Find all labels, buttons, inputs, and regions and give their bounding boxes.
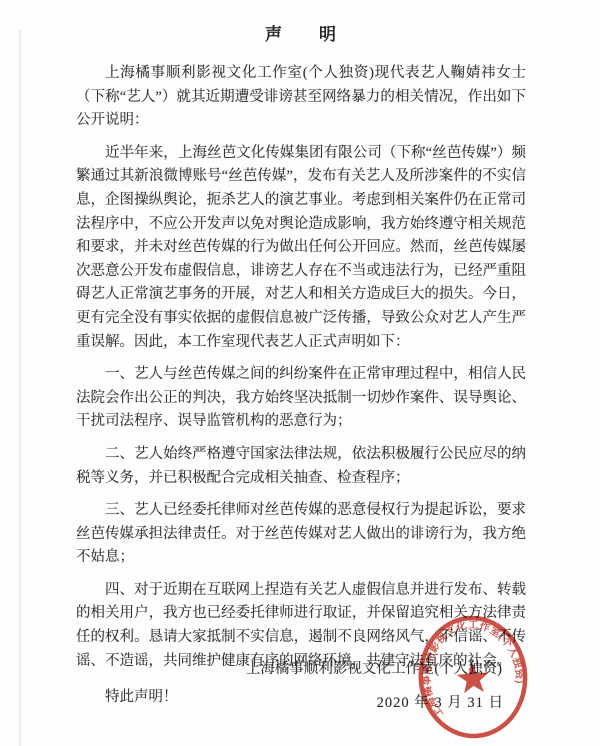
statement-item-3: 三、艺人已经委托律师对丝芭传媒的恶意侵权行为提起诉讼，要求丝芭传媒承担法律责任。… xyxy=(76,499,526,570)
official-seal-stamp-icon: 上海橘事顺利影视文化工作室(个人独资) xyxy=(410,610,537,746)
scan-artifact-line xyxy=(19,30,21,746)
statement-item-1: 一、艺人与丝芭传媒之间的纠纷案件在正常审理过程中，相信人民法院会作出公正的判决，… xyxy=(76,363,526,434)
document-body: 上海橘事顺利影视文化工作室(个人独资)现代表艺人鞠婧祎女士（下称“艺人”）就其近… xyxy=(76,62,526,710)
document-title: 声 明 xyxy=(76,20,526,45)
statement-document-page: 声 明 上海橘事顺利影视文化工作室(个人独资)现代表艺人鞠婧祎女士（下称“艺人”… xyxy=(0,0,600,746)
statement-item-2: 二、艺人始终严格遵守国家法律法规，依法积极履行公民应尽的纳税等义务，并已积极配合… xyxy=(76,443,526,490)
document-content: 声 明 上海橘事顺利影视文化工作室(个人独资)现代表艺人鞠婧祎女士（下称“艺人”… xyxy=(76,12,526,719)
background-paragraph: 近半年来，上海丝芭文化传媒集团有限公司（下称“丝芭传媒”）频繁通过其新浪微博账号… xyxy=(76,142,526,354)
intro-paragraph: 上海橘事顺利影视文化工作室(个人独资)现代表艺人鞠婧祎女士（下称“艺人”）就其近… xyxy=(76,62,526,133)
stamp-star-icon xyxy=(456,661,490,693)
